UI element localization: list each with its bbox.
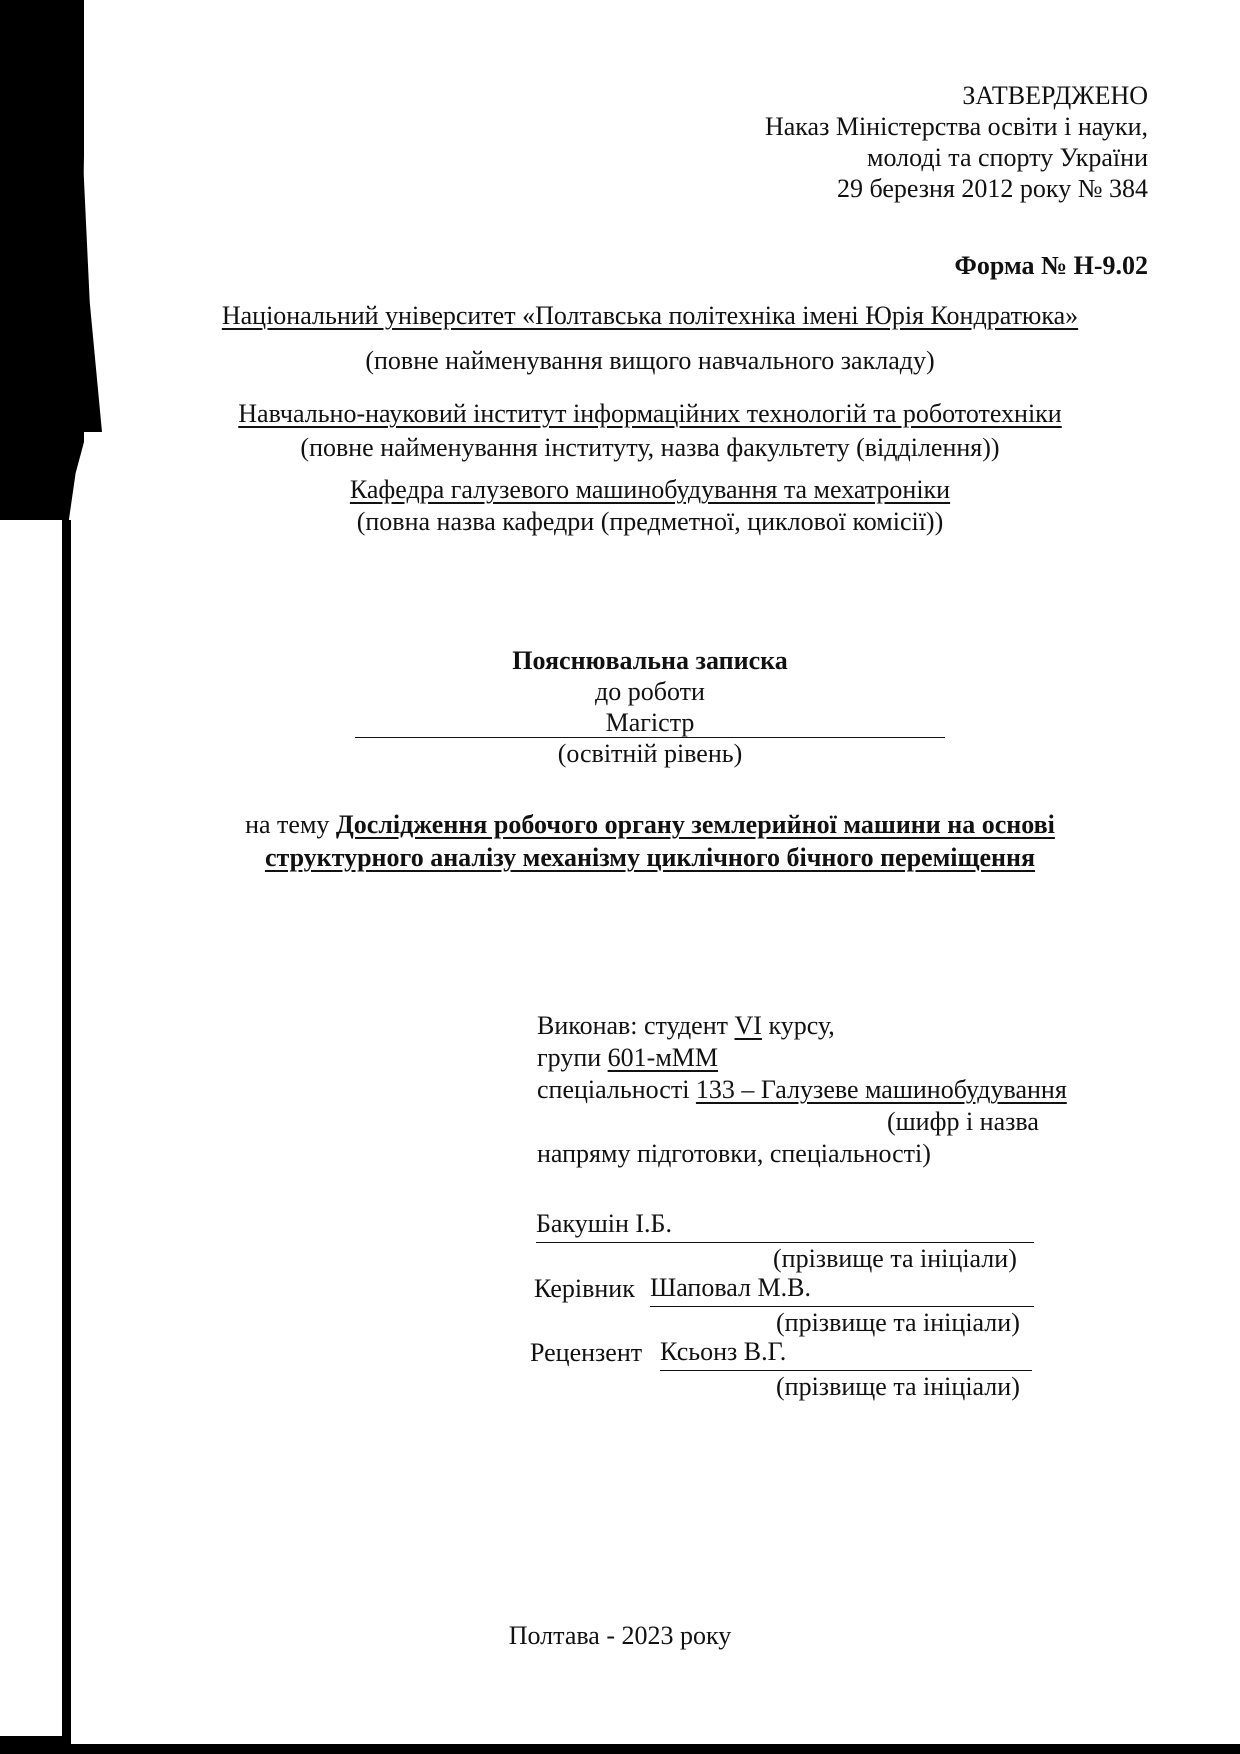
signatures-block: Бакушін І.Б. (прізвище та ініціали) Кері… [530, 1210, 1150, 1403]
student-name: Бакушін І.Б. [536, 1208, 672, 1240]
topic-block: на тему Дослідження робочого органу земл… [180, 808, 1120, 874]
course-suffix: курсу, [762, 1011, 835, 1040]
reviewer-label: Рецензент [530, 1337, 642, 1369]
group-label: групи [537, 1043, 608, 1072]
institute-caption: (повне найменування інституту, назва фак… [150, 432, 1150, 463]
form-number: Форма № Н-9.02 [955, 250, 1148, 281]
reviewer-row: Рецензент Ксьонз В.Г. [530, 1339, 1150, 1371]
topic-line-2: структурного аналізу механізму циклічног… [180, 841, 1120, 874]
supervisor-name-caption: (прізвище та ініціали) [530, 1307, 1150, 1339]
scan-binding-edge [62, 520, 71, 1745]
scan-binding-shadow-overhang [0, 0, 102, 432]
approval-order-line-2: молоді та спорту України [588, 142, 1148, 173]
institute-name: Навчально-науковий інститут інформаційни… [150, 398, 1150, 429]
scan-bottom-edge [0, 1744, 1240, 1754]
approval-block: ЗАТВЕРДЖЕНО Наказ Міністерства освіти і … [588, 80, 1148, 204]
university-name: Національний університет «Полтавська пол… [150, 300, 1150, 331]
city-year: Полтава - 2023 року [0, 1620, 1240, 1651]
document-subtitle: до роботи [150, 676, 1150, 707]
reviewer-name-caption: (прізвище та ініціали) [530, 1371, 1150, 1403]
supervisor-row: Керівник Шаповал М.В. [530, 1275, 1150, 1307]
department-caption: (повна назва кафедри (предметної, циклов… [150, 506, 1150, 537]
specialty-caption-line-1: (шифр і назва [537, 1106, 1137, 1138]
topic-line-1: Дослідження робочого органу землерийної … [336, 810, 1055, 839]
author-block: Виконав: студент VI курсу, групи 601-мММ… [537, 1010, 1137, 1170]
reviewer-name: Ксьонз В.Г. [660, 1336, 786, 1368]
specialty-label: спеціальності [537, 1075, 696, 1104]
supervisor-label: Керівник [534, 1273, 635, 1305]
course-value: VI [735, 1011, 762, 1040]
supervisor-signature-line: Шаповал М.В. [650, 1274, 1034, 1307]
university-caption: (повне найменування вищого навчального з… [150, 345, 1150, 376]
specialty-value: 133 – Галузеве машинобудування [696, 1075, 1067, 1104]
document-title: Пояснювальна записка [150, 645, 1150, 676]
supervisor-name: Шаповал М.В. [650, 1272, 811, 1304]
student-name-caption: (прізвище та ініціали) [530, 1243, 1150, 1275]
reviewer-signature-line: Ксьонз В.Г. [660, 1338, 1032, 1371]
performed-label: Виконав: студент [537, 1011, 735, 1040]
approval-order-line-3: 29 березня 2012 року № 384 [588, 173, 1148, 204]
approval-stamp: ЗАТВЕРДЖЕНО [588, 80, 1148, 111]
specialty-caption-line-2: напряму підготовки, спеціальності) [537, 1138, 1137, 1170]
student-signature-line: Бакушін І.Б. [536, 1210, 1034, 1243]
degree-level: Магістр [355, 708, 945, 738]
department-name: Кафедра галузевого машинобудування та ме… [150, 474, 1150, 505]
topic-prefix: на тему [245, 810, 336, 839]
scan-bottom-left-corner [0, 1736, 70, 1754]
approval-order-line-1: Наказ Міністерства освіти і науки, [588, 111, 1148, 142]
group-value: 601-мММ [608, 1043, 718, 1072]
title-block: Пояснювальна записка до роботи Магістр (… [150, 645, 1150, 769]
degree-caption: (освітній рівень) [150, 738, 1150, 769]
